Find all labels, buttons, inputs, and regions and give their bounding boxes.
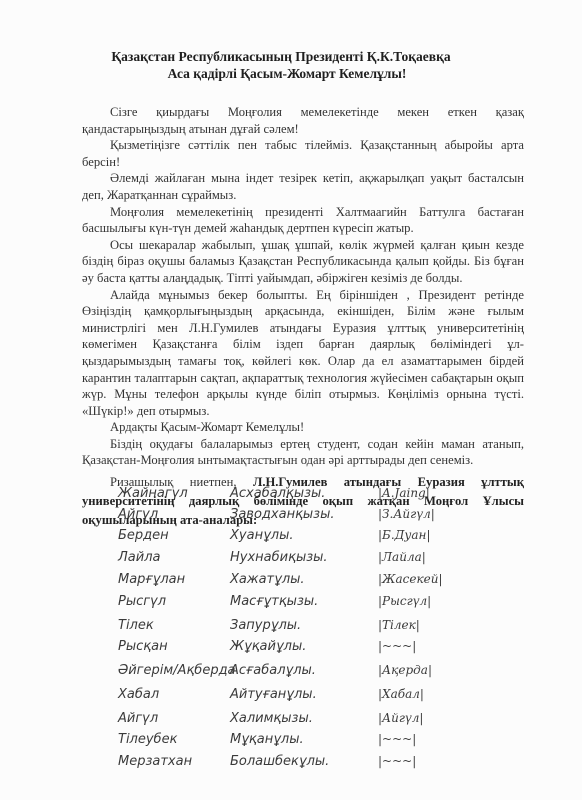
- signature: |Тілек|: [378, 618, 420, 632]
- signature: |Лайла|: [378, 550, 426, 564]
- signature: |A.Jaing|: [378, 486, 430, 500]
- letter-title-addressee: Қазақстан Республикасының Президенті Қ.К…: [0, 49, 572, 65]
- paragraph: Ардақты Қасым-Жомарт Кемелұлы!: [82, 419, 524, 436]
- paragraph: Әлемді жайлаған мына індет тезірек кетіп…: [82, 170, 524, 203]
- paragraph: Алайда мұнымыз бекер болыпты. Ең бірінші…: [82, 287, 524, 420]
- signature: |Рысгүл|: [378, 594, 431, 608]
- paragraph: Сізге қиырдағы Моңғолия мемелекетінде ме…: [82, 104, 524, 137]
- signature: |Хабал|: [378, 687, 424, 701]
- signature: |~~~|: [378, 754, 416, 768]
- signature: |Ақерда|: [378, 663, 432, 677]
- letter-page: Қазақстан Республикасының Президенті Қ.К…: [0, 0, 582, 800]
- signature: |~~~|: [378, 639, 416, 653]
- paragraph: Моңғолия мемелекетінің президенті Халтма…: [82, 204, 524, 237]
- signature: |Айгүл|: [378, 711, 423, 725]
- signature: |Б.Дуан|: [378, 528, 431, 542]
- letter-body: Сізге қиырдағы Моңғолия мемелекетінде ме…: [82, 104, 524, 530]
- paragraph: Біздің оқудағы балаларымыз ертең студент…: [82, 436, 524, 469]
- signature: |~~~|: [378, 732, 416, 746]
- letter-title-salutation: Аса қадірлі Қасым-Жомарт Кемелұлы!: [0, 66, 578, 82]
- signature: |Жасекей|: [378, 572, 443, 586]
- paragraph: Осы шекаралар жабылып, ұшақ ұшпай, көлік…: [82, 237, 524, 287]
- signature: |З.Айгүл|: [378, 507, 435, 521]
- paragraph: Қызметіңізге сәттілік пен табыс тілейміз…: [82, 137, 524, 170]
